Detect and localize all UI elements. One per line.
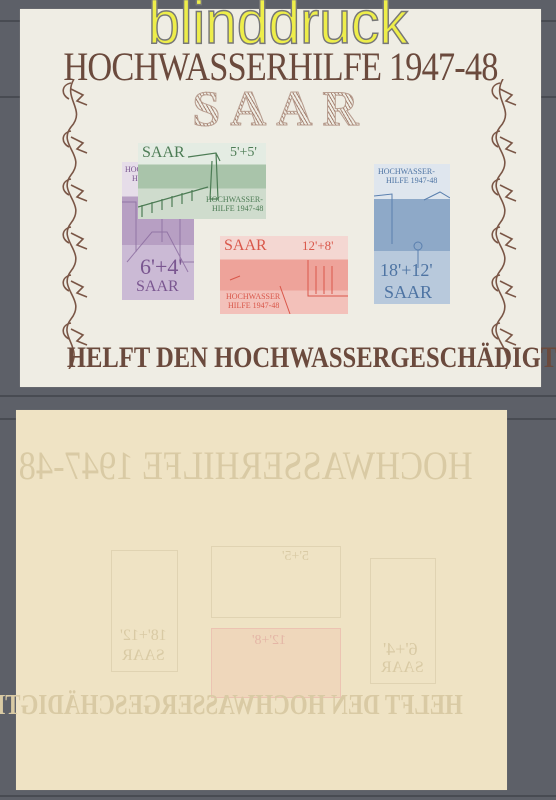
ghost-country: SAAR [381, 659, 424, 677]
ghost-value: 5'+5' [282, 549, 309, 565]
sheet-title-bottom: HELFT DEN HOCHWASSERGESCHÄDIGTEN [67, 341, 494, 375]
stamp-value: 5'+5' [230, 145, 257, 161]
acanthus-vine-right-icon [486, 79, 520, 369]
inscription-line1: HOCHWASSER- [378, 167, 435, 176]
stamp-value: 12'+8' [302, 238, 334, 254]
stamp-value: 6'+4' [140, 254, 182, 280]
ghost-country: SAAR [122, 647, 165, 665]
mirrored-title-top: HOCHWASSERHILFE 1947-48 [50, 442, 472, 489]
stamp-country: SAAR [384, 282, 432, 303]
inscription-line1: HOCHWASSER [226, 292, 280, 301]
ghost-stamp-blue: 18'+12' SAAR [111, 550, 178, 672]
stamp-country: SAAR [142, 144, 185, 162]
ghost-stamp-violet: 6'+4' SAAR [370, 558, 436, 684]
saar-hatched-emblem: SAAR [20, 79, 541, 137]
blinddruck-watermark: blinddruck [14, 0, 542, 57]
inscription-line2: HILFE 1947-48 [228, 301, 279, 310]
stamp-value: 18'+12' [380, 260, 433, 281]
album-stripe [0, 395, 556, 397]
ghost-value: 18'+12' [120, 627, 167, 645]
stamp-country: SAAR [224, 237, 267, 255]
stamp-12-plus-8: SAAR 12'+8' HOCHWASSER HILFE 1947-48 [220, 236, 348, 314]
stamp-country: SAAR [136, 278, 179, 296]
souvenir-sheet-back: HOCHWASSERHILFE 1947-48 18'+12' SAAR 5'+… [16, 410, 507, 790]
ghost-stamp-red: 12'+8' [211, 628, 341, 698]
souvenir-sheet-front: HOCHWASSERHILFE 1947-48 SAAR HOCHWASSER-… [20, 9, 541, 387]
ghost-value: 12'+8' [252, 633, 286, 649]
inscription-line2: HILFE 1947-48 [212, 204, 263, 213]
acanthus-vine-left-icon [57, 79, 91, 369]
ghost-value: 6'+4' [383, 639, 418, 660]
inscription-line2: HILFE 1947-48 [386, 176, 437, 185]
inscription-line1: HOCHWASSER- [206, 195, 263, 204]
ghost-stamp-green: 5'+5' [211, 546, 341, 618]
stamp-18-plus-12: HOCHWASSER- HILFE 1947-48 18'+12' SAAR [374, 164, 450, 304]
album-stripe [0, 795, 556, 797]
mirrored-title-bottom: HELFT DEN HOCHWASSERGESCHÄDIGTEN [60, 690, 463, 722]
stamp-5-plus-5: SAAR 5'+5' HOCHWASSER- HILFE 1947-48 [138, 143, 266, 219]
